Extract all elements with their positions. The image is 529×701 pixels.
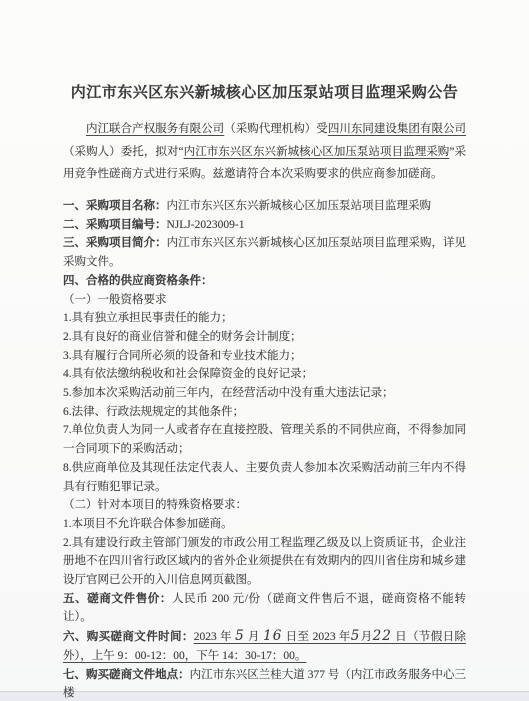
general-qualification-item: 8.供应商单位及其现任法定代表人、主要负责人参加本次采购活动前三年内不得具有行贿…: [63, 459, 466, 496]
general-qualifications-heading: （一）一般资格要求: [63, 291, 466, 310]
project-name: 内江市东兴区东兴新城核心区加压泵站项目监理采购: [184, 146, 450, 158]
general-qualification-item: 1.具有独立承担民事责任的能力；: [63, 309, 466, 328]
handwritten-month: 5: [351, 628, 361, 644]
sections: 一、采购项目名称：内江市东兴区东兴新城核心区加压泵站项目监理采购 二、采购项目编…: [63, 197, 466, 701]
purchaser-name: 四川东同建设集团有限公司: [328, 123, 466, 135]
intro-text-2: （采购人）委托，拟对“: [63, 146, 184, 158]
section-label: 三、采购项目简介：: [63, 237, 167, 249]
printed-date-text: 月: [245, 631, 263, 643]
general-qualification-item: 4.具有依法缴纳税收和社会保障资金的良好记录；: [63, 365, 466, 384]
section-value: NJLJ-2023009-1: [167, 219, 245, 231]
handwritten-day: 16: [263, 628, 282, 644]
section-label: 七、购买磋商文件地点：: [63, 669, 190, 681]
general-qualification-item: 3.具有履行合同所必须的设备和专业技术能力；: [63, 347, 466, 366]
intro-paragraph: 内江联合产权服务有限公司（采购代理机构）受四川东同建设集团有限公司（采购人）委托…: [63, 118, 466, 186]
section-project-name: 一、采购项目名称：内江市东兴区东兴新城核心区加压泵站项目监理采购: [63, 197, 466, 216]
section-purchase-time: 六、购买磋商文件时间：2023 年 5 月 16 日至 2023 年5月22 日…: [63, 627, 466, 665]
section-project-number: 二、采购项目编号：NJLJ-2023009-1: [63, 216, 466, 235]
section-label: 二、采购项目编号：: [63, 219, 167, 231]
printed-date-text: 月: [360, 631, 372, 643]
special-qualifications-heading: （二）针对本项目的特殊资格要求：: [63, 496, 466, 515]
general-qualification-item: 5.参加本次采购活动前三年内，在经营活动中没有重大违法记录；: [63, 384, 466, 403]
handwritten-month: 5: [235, 628, 245, 644]
intro-text-1: （采购代理机构）受: [224, 123, 328, 135]
handwritten-day: 22: [373, 628, 392, 644]
section-purchase-location: 七、购买磋商文件地点：内江市东兴区兰桂大道 377 号（内江市政务服务中心三楼: [63, 666, 466, 701]
section-project-summary: 三、采购项目简介：内江市东兴区东兴新城核心区加压泵站项目监理采购，详见采购文件。: [63, 234, 466, 271]
section-label: 一、采购项目名称：: [63, 200, 167, 212]
general-qualification-item: 2.具有良好的商业信誉和健全的财务会计制度；: [63, 328, 466, 347]
printed-date-text: 日至 2023 年: [282, 631, 350, 643]
section-label: 六、购买磋商文件时间：: [63, 631, 194, 643]
general-qualification-item: 6.法律、行政法规规定的其他条件；: [63, 403, 466, 422]
section-document-price: 五、磋商文件售价：人民币 200 元/份（磋商文件售后不退，磋商资格不能转让）。: [63, 590, 466, 627]
agency-name: 内江联合产权服务有限公司: [86, 123, 224, 135]
section-label: 四、合格的供应商资格条件：: [63, 275, 213, 287]
page-title: 内江市东兴区东兴新城核心区加压泵站项目监理采购公告: [63, 84, 466, 103]
section-label: 五、磋商文件售价：: [63, 593, 172, 605]
announcement-document: 内江市东兴区东兴新城核心区加压泵站项目监理采购公告 内江联合产权服务有限公司（采…: [63, 0, 466, 701]
printed-date-text: 2023 年: [194, 631, 235, 643]
section-value: 内江市东兴区东兴新城核心区加压泵站项目监理采购: [167, 200, 432, 212]
special-qualification-item: 1.本项目不允许联合体参加磋商。: [63, 515, 466, 534]
special-qualification-item: 2.具有建设行政主管部门颁发的市政公用工程监理乙级及以上资质证书，企业注册地不在…: [63, 534, 466, 590]
section-supplier-qualifications: 四、合格的供应商资格条件：: [63, 272, 466, 291]
general-qualification-item: 7.单位负责人为同一人或者存在直接控股、管理关系的不同供应商，不得参加同一合同项…: [63, 421, 466, 458]
